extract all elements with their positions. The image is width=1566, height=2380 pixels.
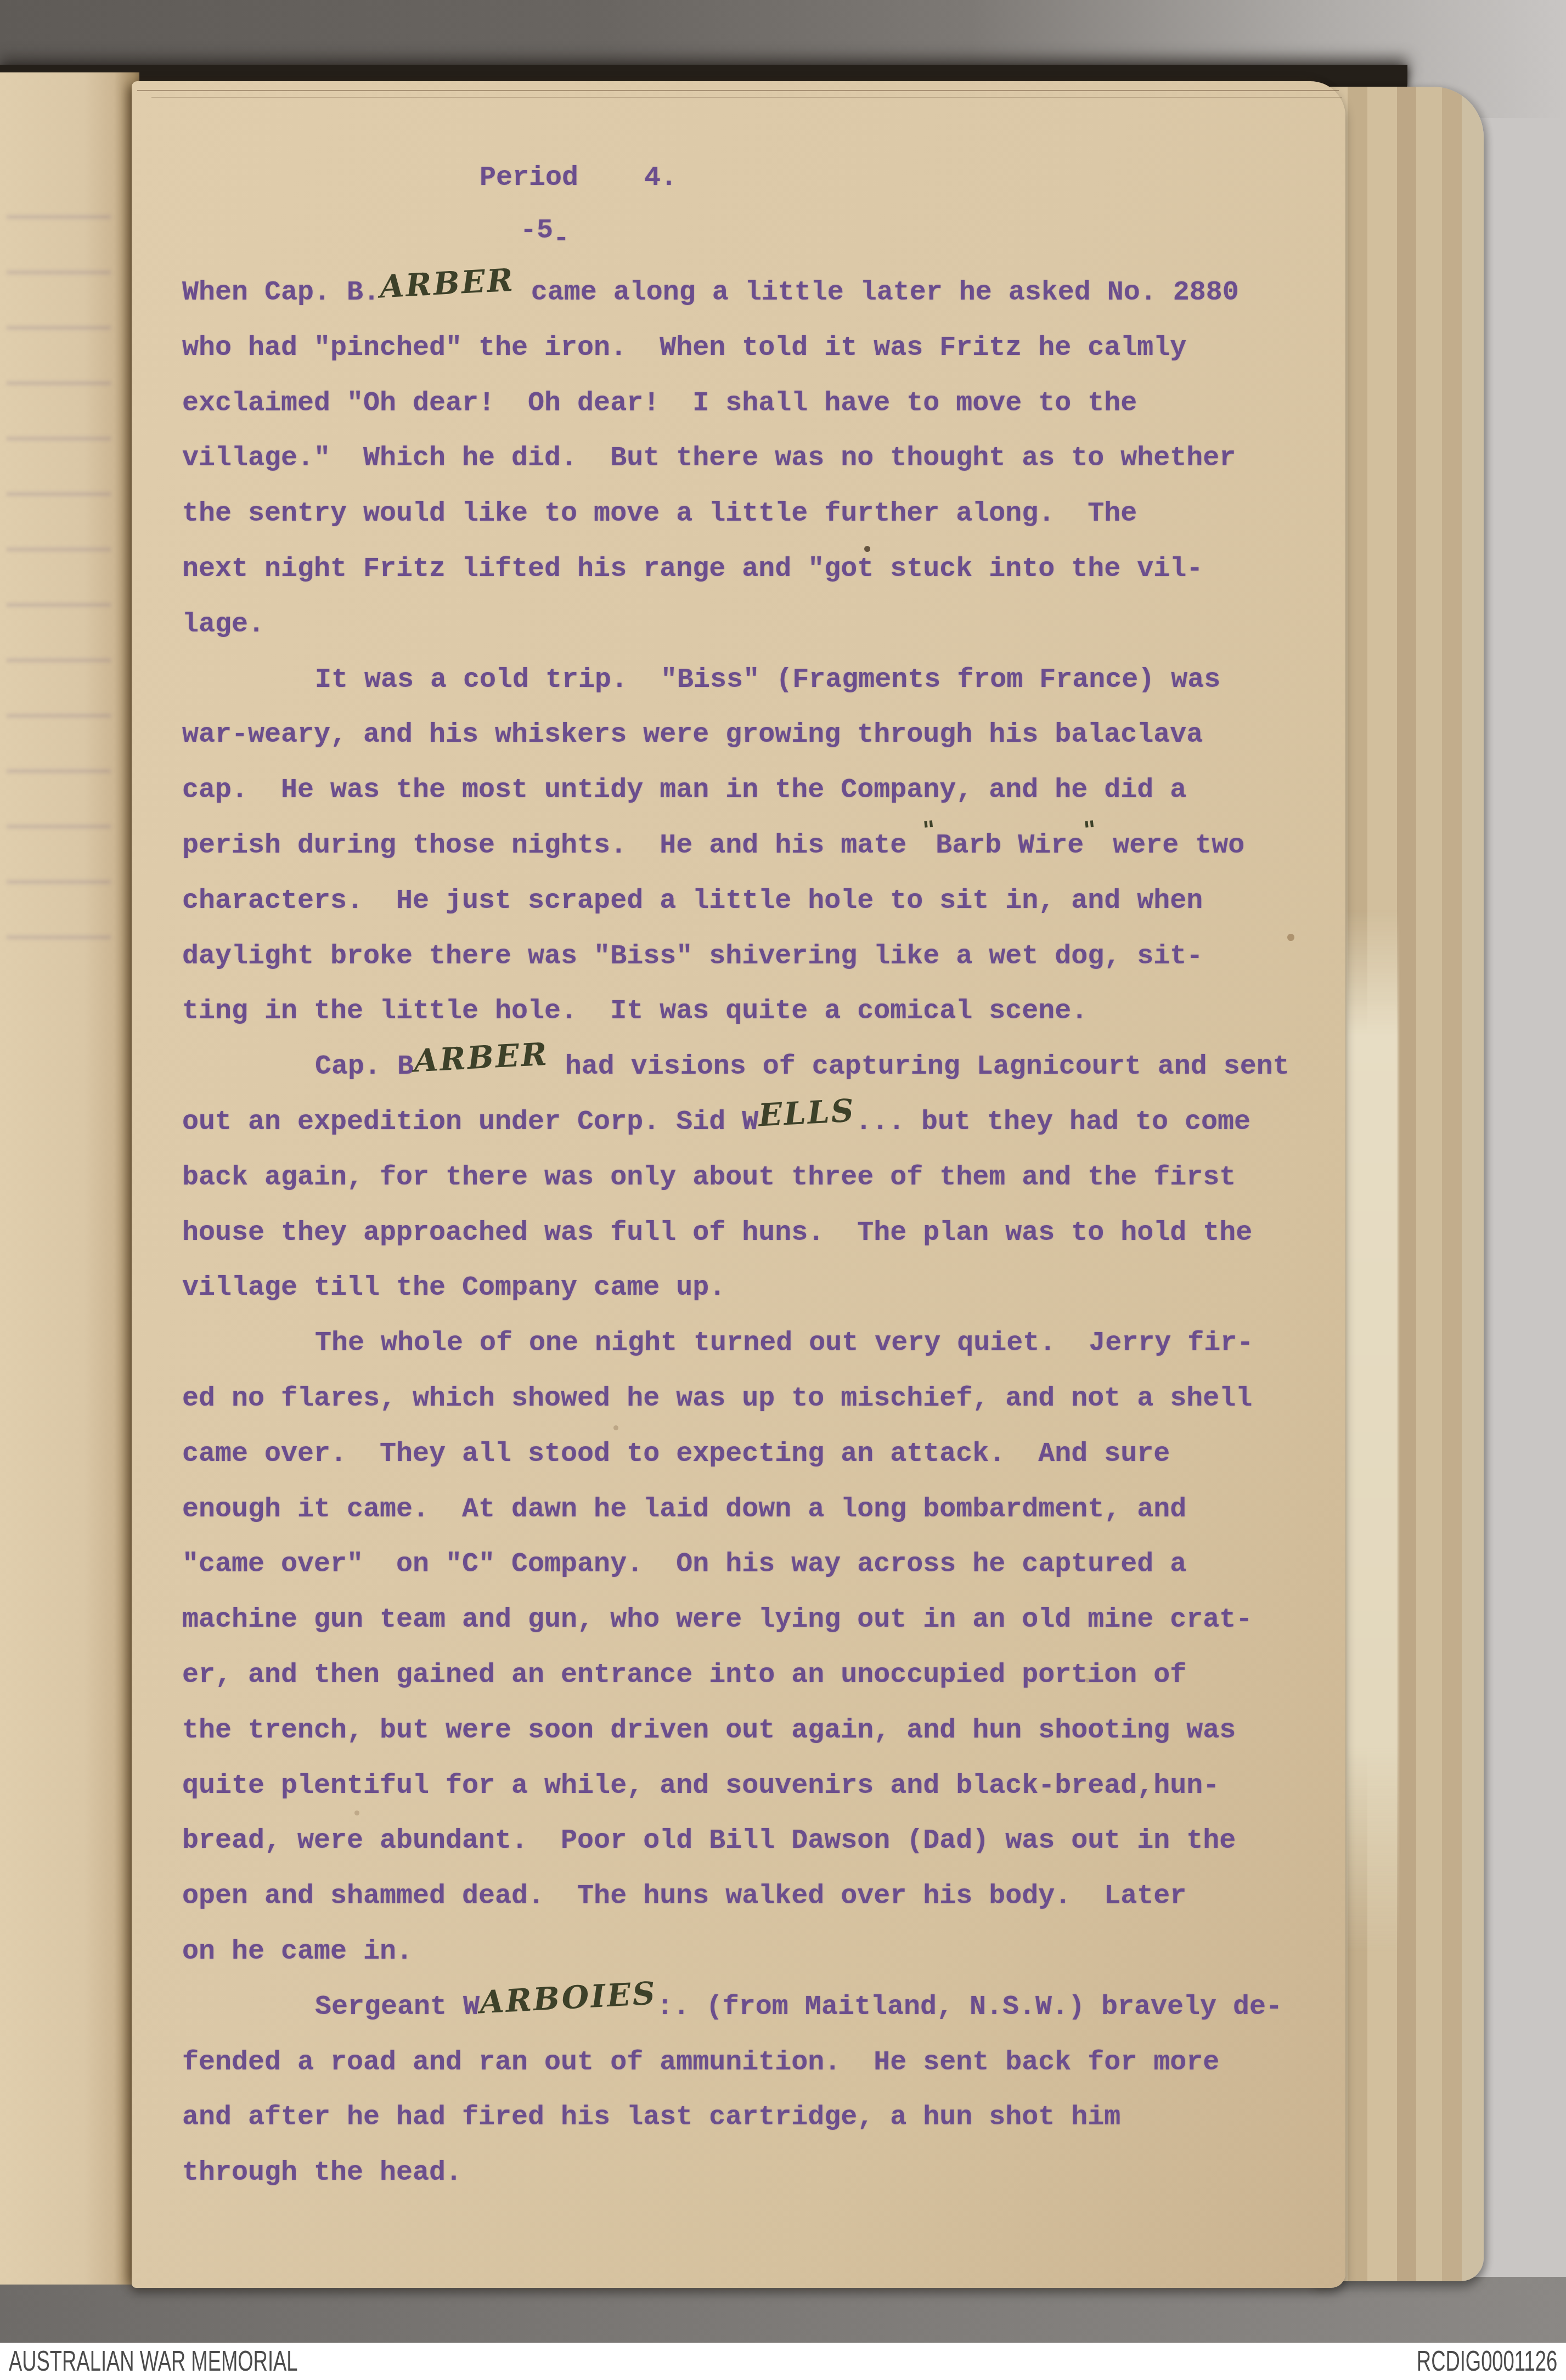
- typed-line: ting in the little hole. It was quite a …: [182, 984, 1318, 1040]
- typed-text: were two: [1096, 830, 1244, 861]
- typed-text: house they approached was full of huns. …: [182, 1217, 1252, 1249]
- typed-line: next night Fritz lifted his range and "g…: [182, 542, 1318, 597]
- typed-line: came over. They all stood to expecting a…: [182, 1427, 1318, 1482]
- typed-text: out an expedition under Corp. Sid W: [182, 1107, 758, 1138]
- typed-line: house they approached was full of huns. …: [182, 1206, 1318, 1261]
- typed-line: characters. He just scraped a little hol…: [182, 874, 1318, 929]
- typed-text: Sergeant W: [315, 1992, 480, 2023]
- left-page-edge: [0, 72, 139, 2285]
- typed-text: bread, were abundant. Poor old Bill Daws…: [182, 1825, 1236, 1857]
- typed-text: When Cap. B.: [182, 277, 380, 308]
- typed-text: on he came in.: [182, 1936, 413, 1967]
- typed-text: daylight broke there was "Biss" shiverin…: [182, 941, 1203, 972]
- handwritten-name-annotation: ARBER: [413, 1039, 549, 1077]
- typed-text: ting in the little hole. It was quite a …: [182, 996, 1088, 1027]
- typed-line: cap. He was the most untidy man in the C…: [182, 763, 1318, 819]
- handwritten-name-annotation: ELLS: [758, 1095, 857, 1131]
- handwritten-name-annotation: ARBOIES: [479, 1977, 657, 2018]
- typed-text: had visions of capturing Lagnicourt and …: [549, 1051, 1289, 1082]
- typed-text: quite plentiful for a while, and souveni…: [182, 1770, 1219, 1802]
- typed-line: Cap. BARBER had visions of capturing Lag…: [182, 1040, 1318, 1095]
- typed-text: exclaimed "Oh dear! Oh dear! I shall hav…: [182, 388, 1137, 419]
- typed-text: "came over" on "C" Company. On his way a…: [182, 1549, 1186, 1580]
- typed-line: war-weary, and his whiskers were growing…: [182, 708, 1318, 763]
- typed-text: enough it came. At dawn he laid down a l…: [182, 1494, 1186, 1525]
- typed-text: The whole of one night turned out very q…: [315, 1328, 1253, 1359]
- page-stack-highlight: [1345, 911, 1398, 1953]
- typed-text: village." Which he did. But there was no…: [182, 443, 1236, 474]
- typed-text-block: When Cap. B.ARBER came along a little la…: [182, 266, 1318, 2201]
- typed-line: quite plentiful for a while, and souveni…: [182, 1759, 1318, 1814]
- typed-text: the trench, but were soon driven out aga…: [182, 1715, 1236, 1746]
- typed-line: "came over" on "C" Company. On his way a…: [182, 1537, 1318, 1593]
- typed-text: machine gun team and gun, who were lying…: [182, 1604, 1252, 1635]
- typed-line: When Cap. B.ARBER came along a little la…: [182, 266, 1318, 321]
- typed-line: The whole of one night turned out very q…: [182, 1316, 1318, 1372]
- typed-line: lage.: [182, 597, 1318, 653]
- typed-text: through the head.: [182, 2157, 462, 2189]
- typed-line: village till the Company came up.: [182, 1261, 1318, 1316]
- scanned-document-viewer: Period 4. -5- When Cap. B.ARBER came alo…: [0, 0, 1566, 2380]
- typed-text: :. (from Maitland, N.S.W.) bravely de-: [657, 1992, 1282, 2023]
- paper-specks: [0, 0, 3, 3]
- handwritten-quote-mark: ": [1083, 818, 1097, 843]
- typed-line: ed no flares, which showed he was up to …: [182, 1372, 1318, 1427]
- handwritten-quote-mark: ": [922, 818, 937, 843]
- typed-line: the sentry would like to move a little f…: [182, 487, 1318, 542]
- typed-line: enough it came. At dawn he laid down a l…: [182, 1482, 1318, 1538]
- typed-text: cap. He was the most untidy man in the C…: [182, 775, 1186, 806]
- typed-line: village." Which he did. But there was no…: [182, 431, 1318, 487]
- handwritten-name-annotation: ARBER: [379, 264, 515, 303]
- typed-line: open and shammed dead. The huns walked o…: [182, 1869, 1318, 1925]
- page-number-main: -5: [520, 215, 553, 246]
- page-number: -5-: [520, 215, 570, 246]
- typed-text: er, and then gained an entrance into an …: [182, 1660, 1186, 1691]
- typed-text: ed no flares, which showed he was up to …: [182, 1383, 1252, 1414]
- page-heading: Period 4.: [480, 162, 677, 194]
- typed-line: and after he had fired his last cartridg…: [182, 2090, 1318, 2146]
- typed-text: village till the Company came up.: [182, 1272, 725, 1304]
- typed-line: daylight broke there was "Biss" shiverin…: [182, 929, 1318, 985]
- typed-text: war-weary, and his whiskers were growing…: [182, 719, 1203, 751]
- typed-text: perish during those nights. He and his m…: [182, 830, 923, 861]
- typed-text: who had "pinched" the iron. When told it…: [182, 332, 1186, 364]
- typed-line: perish during those nights. He and his m…: [182, 819, 1318, 874]
- typed-text: came over. They all stood to expecting a…: [182, 1439, 1170, 1470]
- typed-text: came along a little later he asked No. 2…: [515, 277, 1239, 308]
- typed-text: lage.: [182, 609, 264, 640]
- typed-line: back again, for there was only about thr…: [182, 1150, 1318, 1206]
- typed-line: machine gun team and gun, who were lying…: [182, 1593, 1318, 1648]
- typed-line: Sergeant WARBOIES:. (from Maitland, N.S.…: [182, 1980, 1318, 2035]
- footer-institution-label: AUSTRALIAN WAR MEMORIAL: [9, 2343, 298, 2380]
- typed-text: It was a cold trip. "Biss" (Fragments fr…: [315, 664, 1220, 696]
- typed-text: Barb Wire: [936, 830, 1084, 861]
- typed-text: ... but they had to come: [855, 1107, 1250, 1138]
- typed-text: the sentry would like to move a little f…: [182, 498, 1137, 529]
- footer-reference-id: RCDIG0001126: [1417, 2343, 1557, 2380]
- footer-bar: AUSTRALIAN WAR MEMORIAL RCDIG0001126: [0, 2343, 1566, 2380]
- typed-line: on he came in.: [182, 1925, 1318, 1980]
- typed-line: through the head.: [182, 2146, 1318, 2201]
- typed-text: fended a road and ran out of ammunition.…: [182, 2047, 1219, 2078]
- typed-line: er, and then gained an entrance into an …: [182, 1648, 1318, 1704]
- typed-text: open and shammed dead. The huns walked o…: [182, 1881, 1186, 1912]
- typed-line: who had "pinched" the iron. When told it…: [182, 321, 1318, 376]
- typed-text: next night Fritz lifted his range and "g…: [182, 554, 1203, 585]
- typed-text: Cap. B: [315, 1051, 414, 1082]
- typed-text: back again, for there was only about thr…: [182, 1162, 1236, 1193]
- page-number-underscore: -: [553, 223, 570, 255]
- typed-text: characters. He just scraped a little hol…: [182, 886, 1203, 917]
- typed-line: bread, were abundant. Poor old Bill Daws…: [182, 1814, 1318, 1869]
- typed-line: the trench, but were soon driven out aga…: [182, 1704, 1318, 1759]
- typed-line: fended a road and ran out of ammunition.…: [182, 2035, 1318, 2091]
- typed-line: It was a cold trip. "Biss" (Fragments fr…: [182, 653, 1318, 708]
- typed-text: and after he had fired his last cartridg…: [182, 2102, 1120, 2133]
- typed-line: exclaimed "Oh dear! Oh dear! I shall hav…: [182, 376, 1318, 432]
- typed-line: out an expedition under Corp. Sid WELLS.…: [182, 1095, 1318, 1150]
